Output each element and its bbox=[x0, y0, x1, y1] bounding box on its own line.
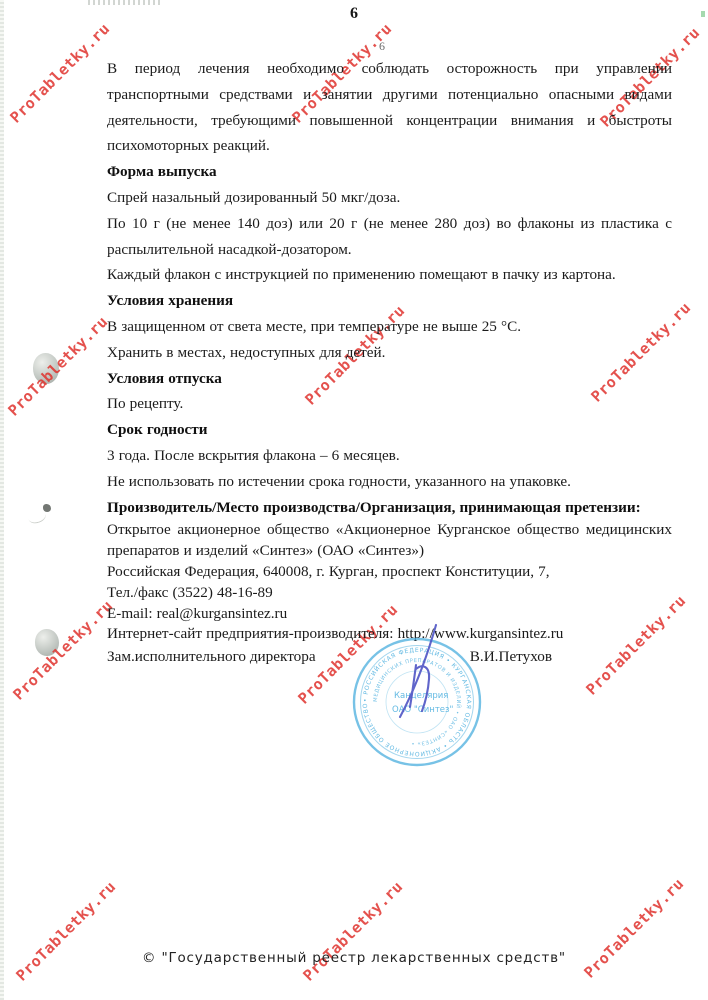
paragraph: По 10 г (не менее 140 доз) или 20 г (не … bbox=[107, 211, 672, 263]
section-heading: Условия хранения bbox=[107, 288, 672, 314]
paragraph: Тел./факс (3522) 48-16-89 bbox=[107, 583, 672, 604]
watermark-text: ProTabletky.ru bbox=[6, 19, 113, 126]
section-heading: Условия отпуска bbox=[107, 366, 672, 392]
watermark-text: ProTabletky.ru bbox=[9, 596, 116, 703]
scan-edge-strip bbox=[0, 0, 4, 1000]
paragraph: Российская Федерация, 640008, г. Курган,… bbox=[107, 562, 672, 583]
scanned-document-page: ProTabletky.ruProTabletky.ruProTabletky.… bbox=[0, 0, 708, 1000]
section-heading: Форма выпуска bbox=[107, 159, 672, 185]
paragraph: Открытое акционерное общество «Акционерн… bbox=[107, 520, 672, 562]
document-body: В период лечения необходимо соблюдать ос… bbox=[107, 56, 672, 645]
watermark-text: ProTabletky.ru bbox=[4, 312, 111, 419]
paragraph: В период лечения необходимо соблюдать ос… bbox=[107, 56, 672, 159]
paragraph: Хранить в местах, недоступных для детей. bbox=[107, 340, 672, 366]
watermark-text: ProTabletky.ru bbox=[299, 877, 406, 984]
section-heading: Срок годности bbox=[107, 417, 672, 443]
footer-copyright: © "Государственный реестр лекарственных … bbox=[0, 950, 708, 966]
stamp-center-line1: Канцелярия bbox=[394, 691, 448, 701]
watermark-text: ProTabletky.ru bbox=[12, 877, 119, 984]
stamp-outer-ring bbox=[354, 639, 480, 765]
page-number: 6 bbox=[0, 5, 708, 23]
paragraph: Не использовать по истечении срока годно… bbox=[107, 469, 672, 495]
paragraph: По рецепту. bbox=[107, 391, 672, 417]
paragraph: Спрей назальный дозированный 50 мкг/доза… bbox=[107, 185, 672, 211]
paragraph: В защищенном от света месте, при темпера… bbox=[107, 314, 672, 340]
paragraph: 3 года. После вскрытия флакона – 6 месяц… bbox=[107, 443, 672, 469]
signatory-title: Зам.исполнительного директора bbox=[107, 648, 316, 666]
section-heading: Производитель/Место производства/Организ… bbox=[107, 495, 672, 521]
page-number-faint: 6 bbox=[379, 39, 385, 54]
company-stamp: • РОССИЙСКАЯ ФЕДЕРАЦИЯ • КУРГАНСКАЯ ОБЛА… bbox=[330, 615, 510, 785]
paragraph: Каждый флакон с инструкцией по применени… bbox=[107, 262, 672, 288]
